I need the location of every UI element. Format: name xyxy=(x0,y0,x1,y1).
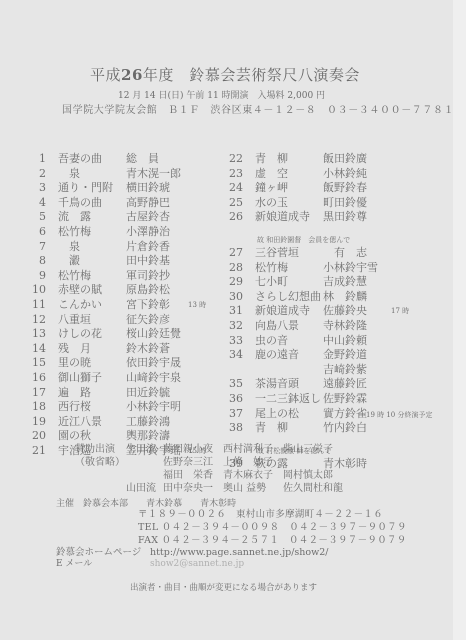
program-row: 9松竹梅軍司鈴抄 xyxy=(26,269,226,284)
program-right-column: 22青 柳飯田鈴廣23虚 空小林鈴純24鐘ヶ岬飯野鈴春25水の玉町田鈴優26新娘… xyxy=(223,152,453,471)
program-number: 31 xyxy=(223,304,243,319)
piece-title: 鐘ヶ岬 xyxy=(255,181,288,196)
performer-name: 實方鈴雀 xyxy=(323,407,367,422)
piece-title: 茶湯音頭 xyxy=(255,377,299,392)
program-row: 36一二三鉢返し佐野鈴霖 xyxy=(223,392,453,407)
program-number: 24 xyxy=(223,181,243,196)
performer-name: 飯田鈴廣 xyxy=(323,152,367,167)
program-number: 7 xyxy=(26,240,46,255)
program-row: 26新娘道成寺黒田鈴尊 xyxy=(223,210,453,225)
piece-title: 新娘道成寺 xyxy=(255,304,310,319)
piece-title: 鹿の遠音 xyxy=(255,348,299,363)
guest-row: 田中奈央一奥山 益勢佐久間杜和龍 xyxy=(163,482,363,495)
footer-note: 出演者・曲目・曲順が変更になる場合があります xyxy=(130,581,317,593)
program-row: 25水の玉町田鈴優 xyxy=(223,196,453,211)
program-number: 28 xyxy=(223,261,243,276)
program-row: 10赤壁の賦原島鈴松 xyxy=(26,283,226,298)
program-number: 6 xyxy=(26,225,46,240)
performer-name: 桜山鈴廷覺 xyxy=(126,327,181,342)
program-number: 20 xyxy=(26,429,46,444)
performer-name: 片倉鈴香 xyxy=(126,240,170,255)
guest-name: 岡村慎太郎 xyxy=(283,469,363,482)
performer-name: 小林鈴宇雪 xyxy=(323,261,378,276)
guest-name: 上條 妙子 xyxy=(223,456,283,469)
performer-name: 山﨑鈴宇泉 xyxy=(126,371,181,386)
piece-title: 松竹梅 xyxy=(255,261,288,276)
performer-name: 総 員 xyxy=(126,152,159,167)
program-row: 19近江八景工藤鈴鴻 xyxy=(26,415,226,430)
piece-title: 流 露 xyxy=(58,210,91,225)
program-number: 36 xyxy=(223,392,243,407)
program-number: 1 xyxy=(26,152,46,167)
program-row: 33虫の音中山鈴頼 xyxy=(223,334,453,349)
program-number: 3 xyxy=(26,181,46,196)
venue-info: 国学院大学院友会館 Ｂ１Ｆ 渋谷区東４－１２－８ ０３－３４００－７７８１ xyxy=(62,101,454,116)
program-number: 14 xyxy=(26,342,46,357)
ikuta-performers: 藤田親小夜西村満利子柴山三栄子佐野奈三江上條 妙子福田 栄香青木麻衣子岡村慎太郎 xyxy=(163,443,363,482)
end-time: 19 時 10 分終演予定 xyxy=(366,410,433,420)
program-number: 38 xyxy=(223,421,243,436)
performer-name: 吉崎鈴紫 xyxy=(323,363,367,378)
piece-title: 松竹梅 xyxy=(58,225,91,240)
guest-name: 青木麻衣子 xyxy=(223,469,283,482)
guest-name: 西村満利子 xyxy=(223,443,283,456)
piece-title: 御山獅子 xyxy=(58,371,102,386)
program-row: 30さらし幻想曲林 鈴麟 xyxy=(223,290,453,305)
time-marker: 13 時 xyxy=(188,298,206,313)
program-number: 13 xyxy=(26,327,46,342)
email-link[interactable]: show2@sannet.ne.jp xyxy=(150,558,244,571)
piece-title: 虫の音 xyxy=(255,334,288,349)
program-number: 25 xyxy=(223,196,243,211)
program-number: 22 xyxy=(223,152,243,167)
yamada-performers: 田中奈央一奥山 益勢佐久間杜和龍 xyxy=(163,482,363,495)
piece-title: 泉 xyxy=(58,167,80,182)
program-row: 吉崎鈴紫 xyxy=(223,363,453,378)
performer-name: 金野鈴道 xyxy=(323,348,367,363)
program-row: 15里の暁依田鈴宇晟 xyxy=(26,356,226,371)
piece-title: 通り・門附 xyxy=(58,181,113,196)
program-number: 23 xyxy=(223,167,243,182)
page-title: 平成26年度 鈴慕会芸術祭尺八演奏会 xyxy=(90,64,360,85)
performer-name: 林 鈴麟 xyxy=(323,290,367,305)
piece-title: 松竹梅 xyxy=(58,269,91,284)
piece-title: 近江八景 xyxy=(58,415,102,430)
program-row: 5流 露古屋鈴杏 xyxy=(26,210,226,225)
piece-title: 尾上の松 xyxy=(255,407,299,422)
piece-title: 赤壁の賦 xyxy=(58,283,102,298)
program-row: 23虚 空小林鈴純 xyxy=(223,167,453,182)
program-row: 2 泉青木滉一郎 xyxy=(26,167,226,182)
piece-title: 残 月 xyxy=(58,342,91,357)
program-number: 4 xyxy=(26,196,46,211)
program-number: 11 xyxy=(26,298,46,313)
piece-title: 里の暁 xyxy=(58,356,91,371)
program-row: 32向島八景寺林鈴隆 xyxy=(223,319,453,334)
program-row: 8 瀫田中鈴基 xyxy=(26,254,226,269)
piece-title: 八重垣 xyxy=(58,313,91,328)
program-row: 16御山獅子山﨑鈴宇泉 xyxy=(26,371,226,386)
ikuta-school-label: 生田流 xyxy=(126,443,156,456)
performer-name: 青木滉一郎 xyxy=(126,167,181,182)
program-number: 30 xyxy=(223,290,243,305)
piece-title: 泉 xyxy=(58,240,80,255)
program-number: 29 xyxy=(223,275,243,290)
page-edge xyxy=(453,0,466,640)
performer-name: 田中鈴基 xyxy=(126,254,170,269)
guests-label: 賛助出演 （敬省略） xyxy=(75,443,125,469)
guest-row: 佐野奈三江上條 妙子 xyxy=(163,456,363,469)
program-row: 6松竹梅小澤静治 xyxy=(26,225,226,240)
performer-name: 輿那鈴濤 xyxy=(126,429,170,444)
organizer-address: 〒１８９－００２６ 東村山市多摩湖町４－２２－１６ xyxy=(138,508,383,521)
organizer-tel: TEL ０４２－３９４－００９８ ０４２－３９７－９０７９ xyxy=(138,521,407,534)
program-number: 17 xyxy=(26,386,46,401)
performer-name: 寺林鈴隆 xyxy=(323,319,367,334)
date-and-fee: 12 月 14 日(日) 午前 11 時開演 入場料 2,000 円 xyxy=(118,88,325,101)
program-row: 12八重垣征矢鈴彦 xyxy=(26,313,226,328)
program-row: 28松竹梅小林鈴宇雪 xyxy=(223,261,453,276)
performer-name: 飯野鈴春 xyxy=(323,181,367,196)
guest-name: 奥山 益勢 xyxy=(223,482,283,495)
performer-name: 宮下鈴彰 xyxy=(126,298,170,313)
performer-name: 黒田鈴尊 xyxy=(323,210,367,225)
yamada-school-label: 山田流 xyxy=(126,482,156,495)
performer-name: 小林鈴宇明 xyxy=(126,400,181,415)
piece-title: 吾妻の曲 xyxy=(58,152,102,167)
program-number: 9 xyxy=(26,269,46,284)
performer-name: 古屋鈴杏 xyxy=(126,210,170,225)
program-row: 31新娘道成寺佐藤鈴央17 時 xyxy=(223,304,453,319)
piece-title: 西行桜 xyxy=(58,400,91,415)
program-row: 24鐘ヶ岬飯野鈴春 xyxy=(223,181,453,196)
program-number: 33 xyxy=(223,334,243,349)
program-number: 8 xyxy=(26,254,46,269)
program-row: 18西行桜小林鈴宇明 xyxy=(26,400,226,415)
piece-title: けしの花 xyxy=(58,327,102,342)
email-label: E メール xyxy=(56,558,92,571)
performer-name: 軍司鈴抄 xyxy=(126,269,170,284)
guest-name: 田中奈央一 xyxy=(163,482,223,495)
performer-name: 高野静巴 xyxy=(126,196,170,211)
program-left-column: 1吾妻の曲総 員2 泉青木滉一郎3通り・門附横田鈴琥4千鳥の曲高野静巴5流 露古… xyxy=(26,152,226,458)
performer-name: 中山鈴頼 xyxy=(323,334,367,349)
program-number: 34 xyxy=(223,348,243,363)
piece-title: 水の玉 xyxy=(255,196,288,211)
performer-name: 竹内鈴白 xyxy=(323,421,367,436)
piece-title: さらし幻想曲 xyxy=(255,290,321,305)
performer-name: 依田鈴宇晟 xyxy=(126,356,181,371)
program-row: 34鹿の遠音金野鈴道 xyxy=(223,348,453,363)
program-row: 35茶湯音頭遠藤鈴匠 xyxy=(223,377,453,392)
piece-title: 虚 空 xyxy=(255,167,288,182)
program-number: 27 xyxy=(223,246,243,261)
performer-name: 小林鈴純 xyxy=(323,167,367,182)
time-marker: 17 時 xyxy=(391,304,409,319)
guest-name: 佐野奈三江 xyxy=(163,456,223,469)
performer-name: 鈴木鈴蒼 xyxy=(126,342,170,357)
performer-name: 佐藤鈴央 xyxy=(323,304,367,319)
program-number: 2 xyxy=(26,167,46,182)
piece-title: 七小町 xyxy=(255,275,288,290)
piece-title: 園の秋 xyxy=(58,429,91,444)
program-number: 37 xyxy=(223,407,243,422)
piece-title: 青 柳 xyxy=(255,421,288,436)
program-row: 1吾妻の曲総 員 xyxy=(26,152,226,167)
program-number: 32 xyxy=(223,319,243,334)
memorial-note: 故 和田鈴園督 会員を偲んで xyxy=(223,232,453,246)
piece-title: 一二三鉢返し xyxy=(255,392,321,407)
program-row: 11こんかい宮下鈴彰13 時 xyxy=(26,298,226,313)
program-row: 29七小町吉成鈴慧 xyxy=(223,275,453,290)
performer-name: 佐野鈴霖 xyxy=(323,392,367,407)
guest-name: 福田 栄香 xyxy=(163,469,223,482)
program-row: 17遍 路田近鈴毓 xyxy=(26,386,226,401)
piece-title: 青 柳 xyxy=(255,152,288,167)
program-number: 15 xyxy=(26,356,46,371)
performer-name: 田近鈴毓 xyxy=(126,386,170,401)
program-number: 26 xyxy=(223,210,243,225)
program-number: 5 xyxy=(26,210,46,225)
program-row: 22青 柳飯田鈴廣 xyxy=(223,152,453,167)
piece-title: 瀫 xyxy=(58,254,80,269)
performer-name: 吉成鈴慧 xyxy=(323,275,367,290)
guest-row: 福田 栄香青木麻衣子岡村慎太郎 xyxy=(163,469,363,482)
program-number: 35 xyxy=(223,377,243,392)
piece-title: 三谷菅垣 xyxy=(255,246,299,261)
performer-name: 町田鈴優 xyxy=(323,196,367,211)
performer-name: 工藤鈴鴻 xyxy=(126,415,170,430)
performer-name: 征矢鈴彦 xyxy=(126,313,170,328)
performer-name: 横田鈴琥 xyxy=(126,181,170,196)
guest-name: 佐久間杜和龍 xyxy=(283,482,363,495)
program-number: 12 xyxy=(26,313,46,328)
program-row: 20園の秋輿那鈴濤 xyxy=(26,429,226,444)
piece-title: 向島八景 xyxy=(255,319,299,334)
program-number: 10 xyxy=(26,283,46,298)
program-row: 7 泉片倉鈴香 xyxy=(26,240,226,255)
program-number: 19 xyxy=(26,415,46,430)
performer-name: 有 志 xyxy=(323,246,367,261)
program-number: 18 xyxy=(26,400,46,415)
program-row: 13けしの花桜山鈴廷覺 xyxy=(26,327,226,342)
program-row: 38青 柳竹内鈴白 xyxy=(223,421,453,436)
program-number: 16 xyxy=(26,371,46,386)
performer-name: 遠藤鈴匠 xyxy=(323,377,367,392)
piece-title: 千鳥の曲 xyxy=(58,196,102,211)
program-row: 14残 月鈴木鈴蒼 xyxy=(26,342,226,357)
piece-title: 新娘道成寺 xyxy=(255,210,310,225)
guest-name: 藤田親小夜 xyxy=(163,443,223,456)
program-number: 21 xyxy=(26,444,46,459)
piece-title: 遍 路 xyxy=(58,386,91,401)
guest-row: 藤田親小夜西村満利子柴山三栄子 xyxy=(163,443,363,456)
performer-name: 原島鈴松 xyxy=(126,283,170,298)
program-row: 4千鳥の曲高野静巴 xyxy=(26,196,226,211)
guest-name: 柴山三栄子 xyxy=(283,443,363,456)
performer-name: 小澤静治 xyxy=(126,225,170,240)
program-row: 27三谷菅垣 有 志 xyxy=(223,246,453,261)
piece-title: こんかい xyxy=(58,298,102,313)
program-row: 3通り・門附横田鈴琥 xyxy=(26,181,226,196)
